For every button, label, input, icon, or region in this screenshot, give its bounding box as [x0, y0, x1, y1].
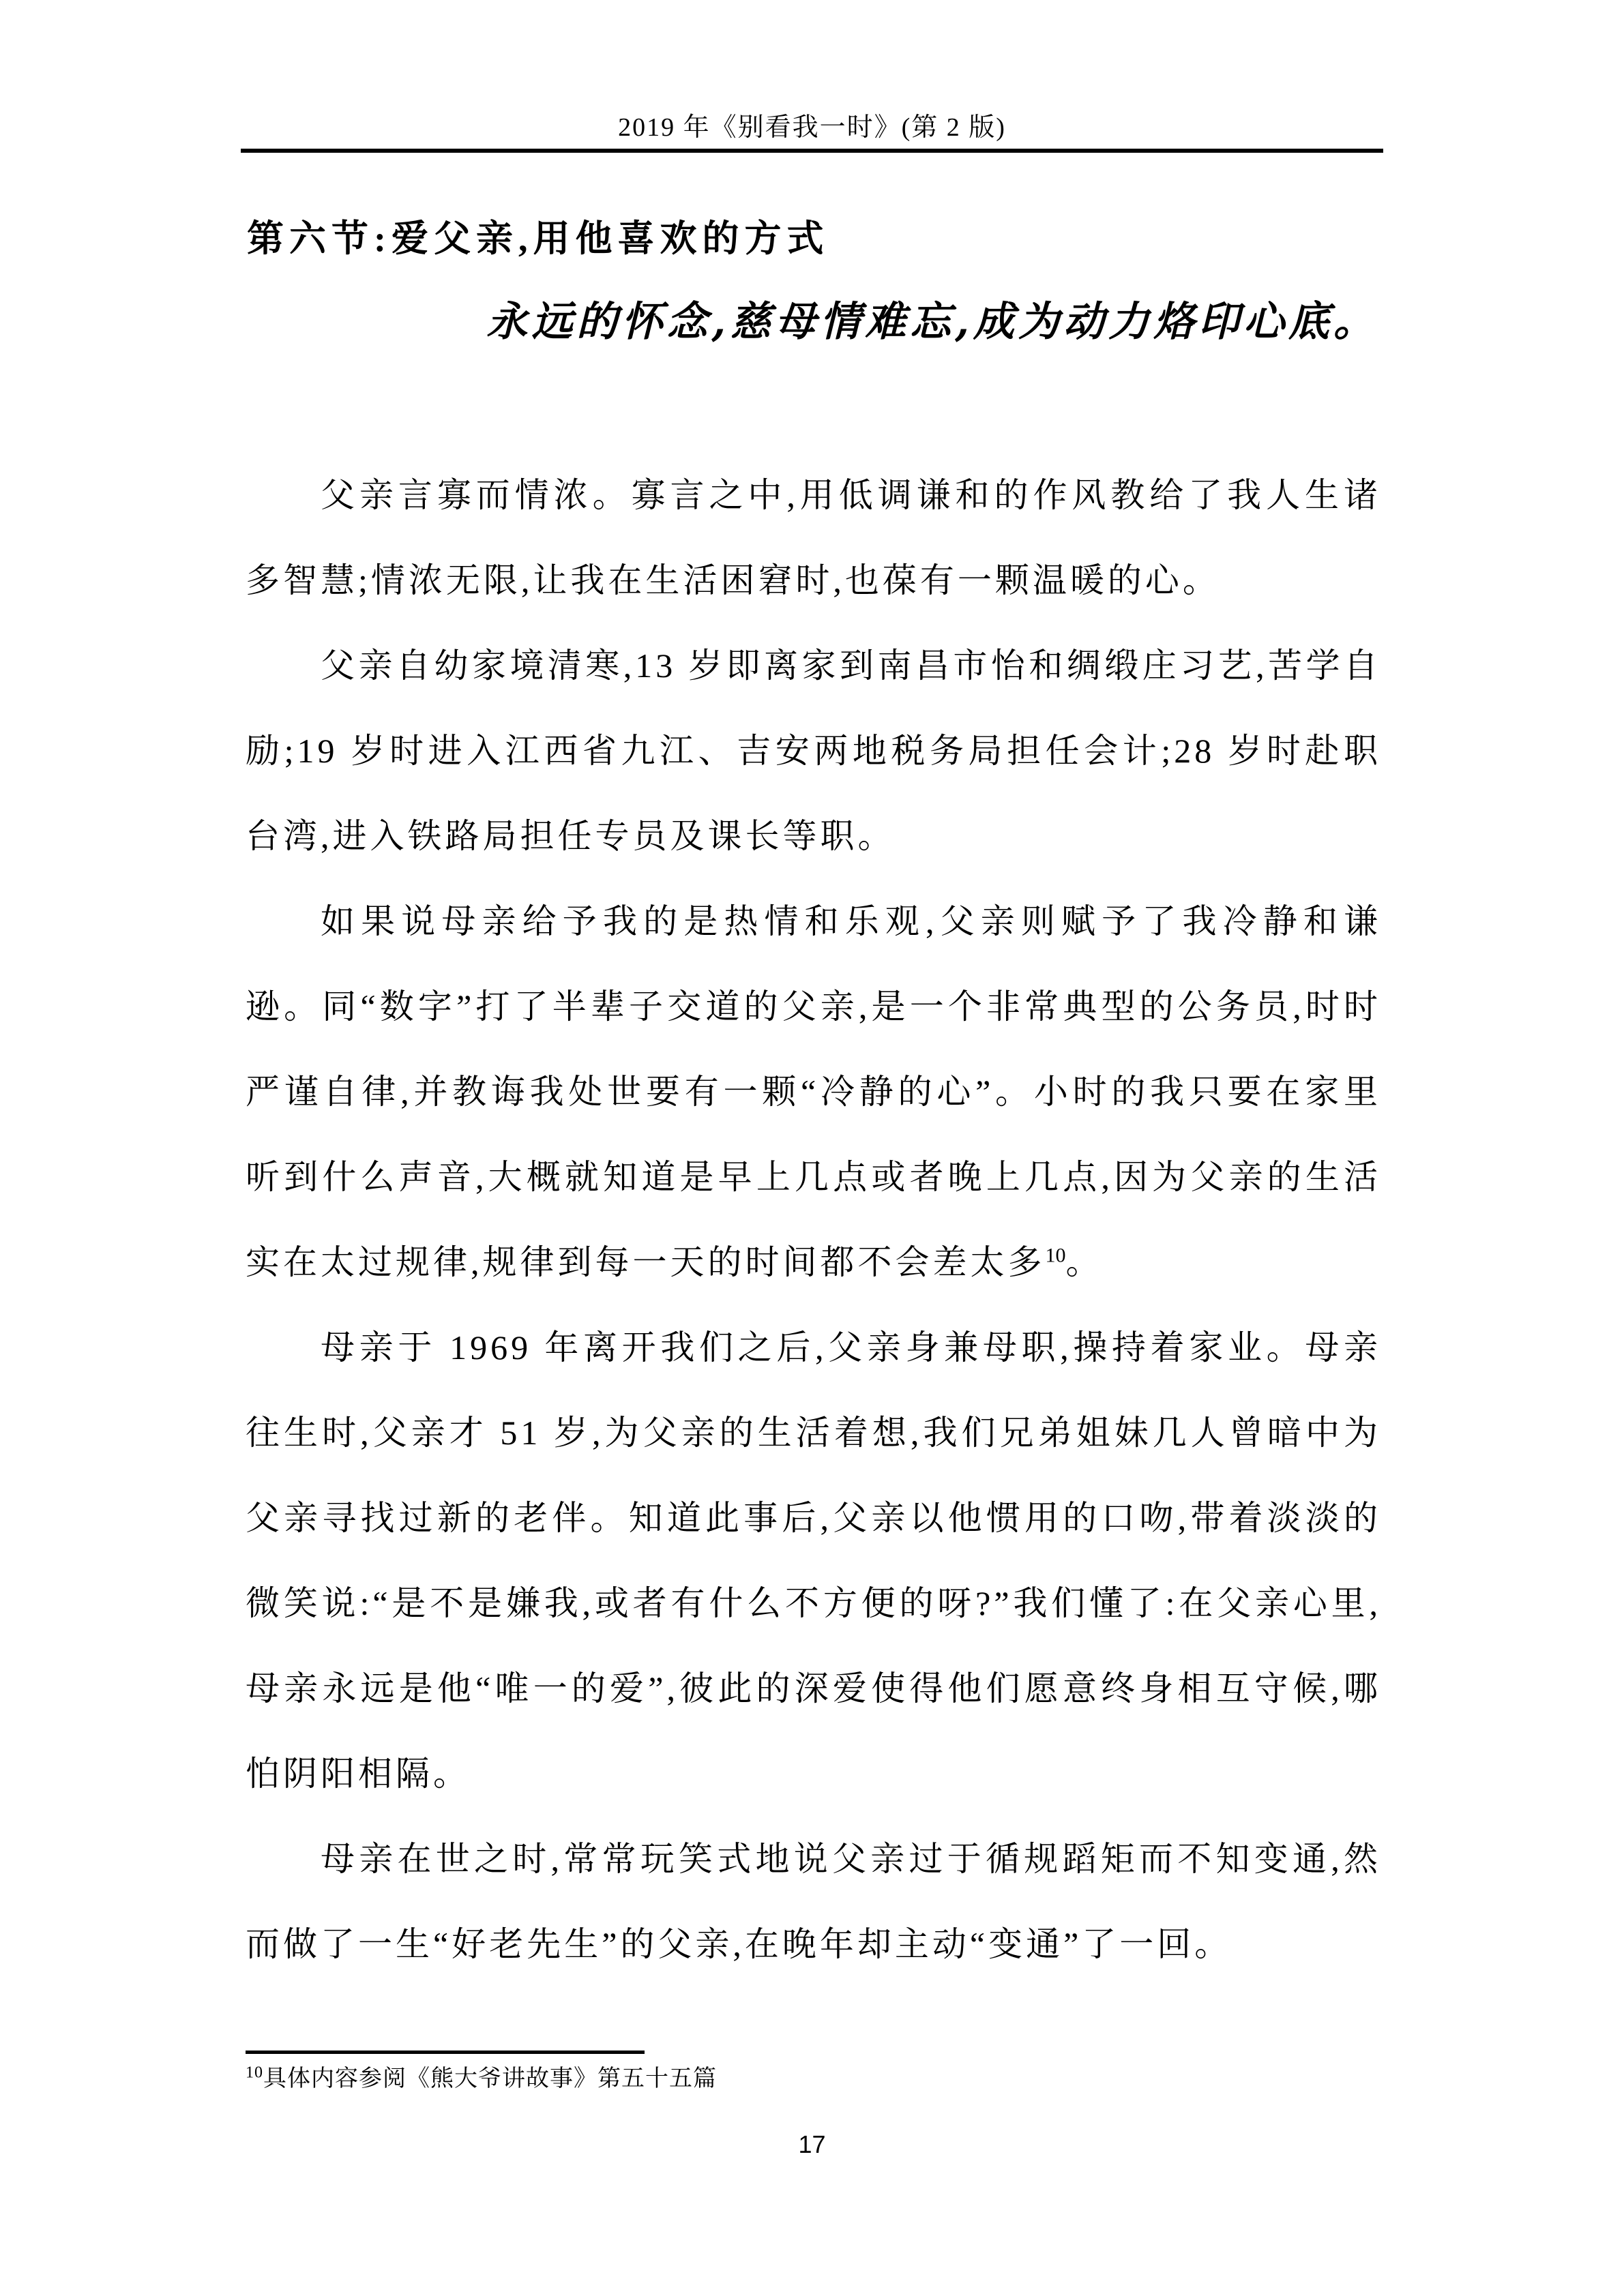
paragraph-3-text: 如果说母亲给予我的是热情和乐观,父亲则赋予了我冷静和谦逊。同“数字”打了半辈子交… [246, 902, 1381, 1281]
document-page: 2019 年《别看我一时》(第 2 版) 第六节:爱父亲,用他喜欢的方式 永远的… [0, 0, 1624, 2296]
header-title: 2019 年《别看我一时》(第 2 版) [618, 113, 1006, 142]
footnote-separator [246, 2051, 645, 2054]
paragraph-4: 母亲于 1969 年离开我们之后,父亲身兼母职,操持着家业。母亲往生时,父亲才 … [246, 1305, 1381, 1817]
section-subtitle-calligraphy: 永远的怀念,慈母情难忘,成为动力烙印心底。 [486, 299, 1378, 345]
footnote-text: 具体内容参阅《熊大爷讲故事》第五十五篇 [263, 2066, 717, 2091]
paragraph-1: 父亲言寡而情浓。寡言之中,用低调谦和的作风教给了我人生诸多智慧;情浓无限,让我在… [246, 453, 1381, 623]
footnote: 10具体内容参阅《熊大爷讲故事》第五十五篇 [246, 2063, 1269, 2095]
footnote-reference-10: 10 [1046, 1244, 1066, 1266]
paragraph-3: 如果说母亲给予我的是热情和乐观,父亲则赋予了我冷静和谦逊。同“数字”打了半辈子交… [246, 879, 1381, 1305]
footnote-marker: 10 [246, 2064, 263, 2082]
page-header: 2019 年《别看我一时》(第 2 版) [0, 112, 1624, 143]
section-title: 第六节:爱父亲,用他喜欢的方式 [247, 217, 829, 260]
paragraph-3-period: 。 [1066, 1243, 1104, 1281]
body-text: 父亲言寡而情浓。寡言之中,用低调谦和的作风教给了我人生诸多智慧;情浓无限,让我在… [246, 453, 1381, 1987]
header-rule [241, 149, 1383, 153]
paragraph-5: 母亲在世之时,常常玩笑式地说父亲过于循规蹈矩而不知变通,然而做了一生“好老先生”… [246, 1817, 1381, 1987]
paragraph-2: 父亲自幼家境清寒,13 岁即离家到南昌市怡和绸缎庄习艺,苦学自励;19 岁时进入… [246, 623, 1381, 879]
page-number: 17 [0, 2130, 1624, 2159]
